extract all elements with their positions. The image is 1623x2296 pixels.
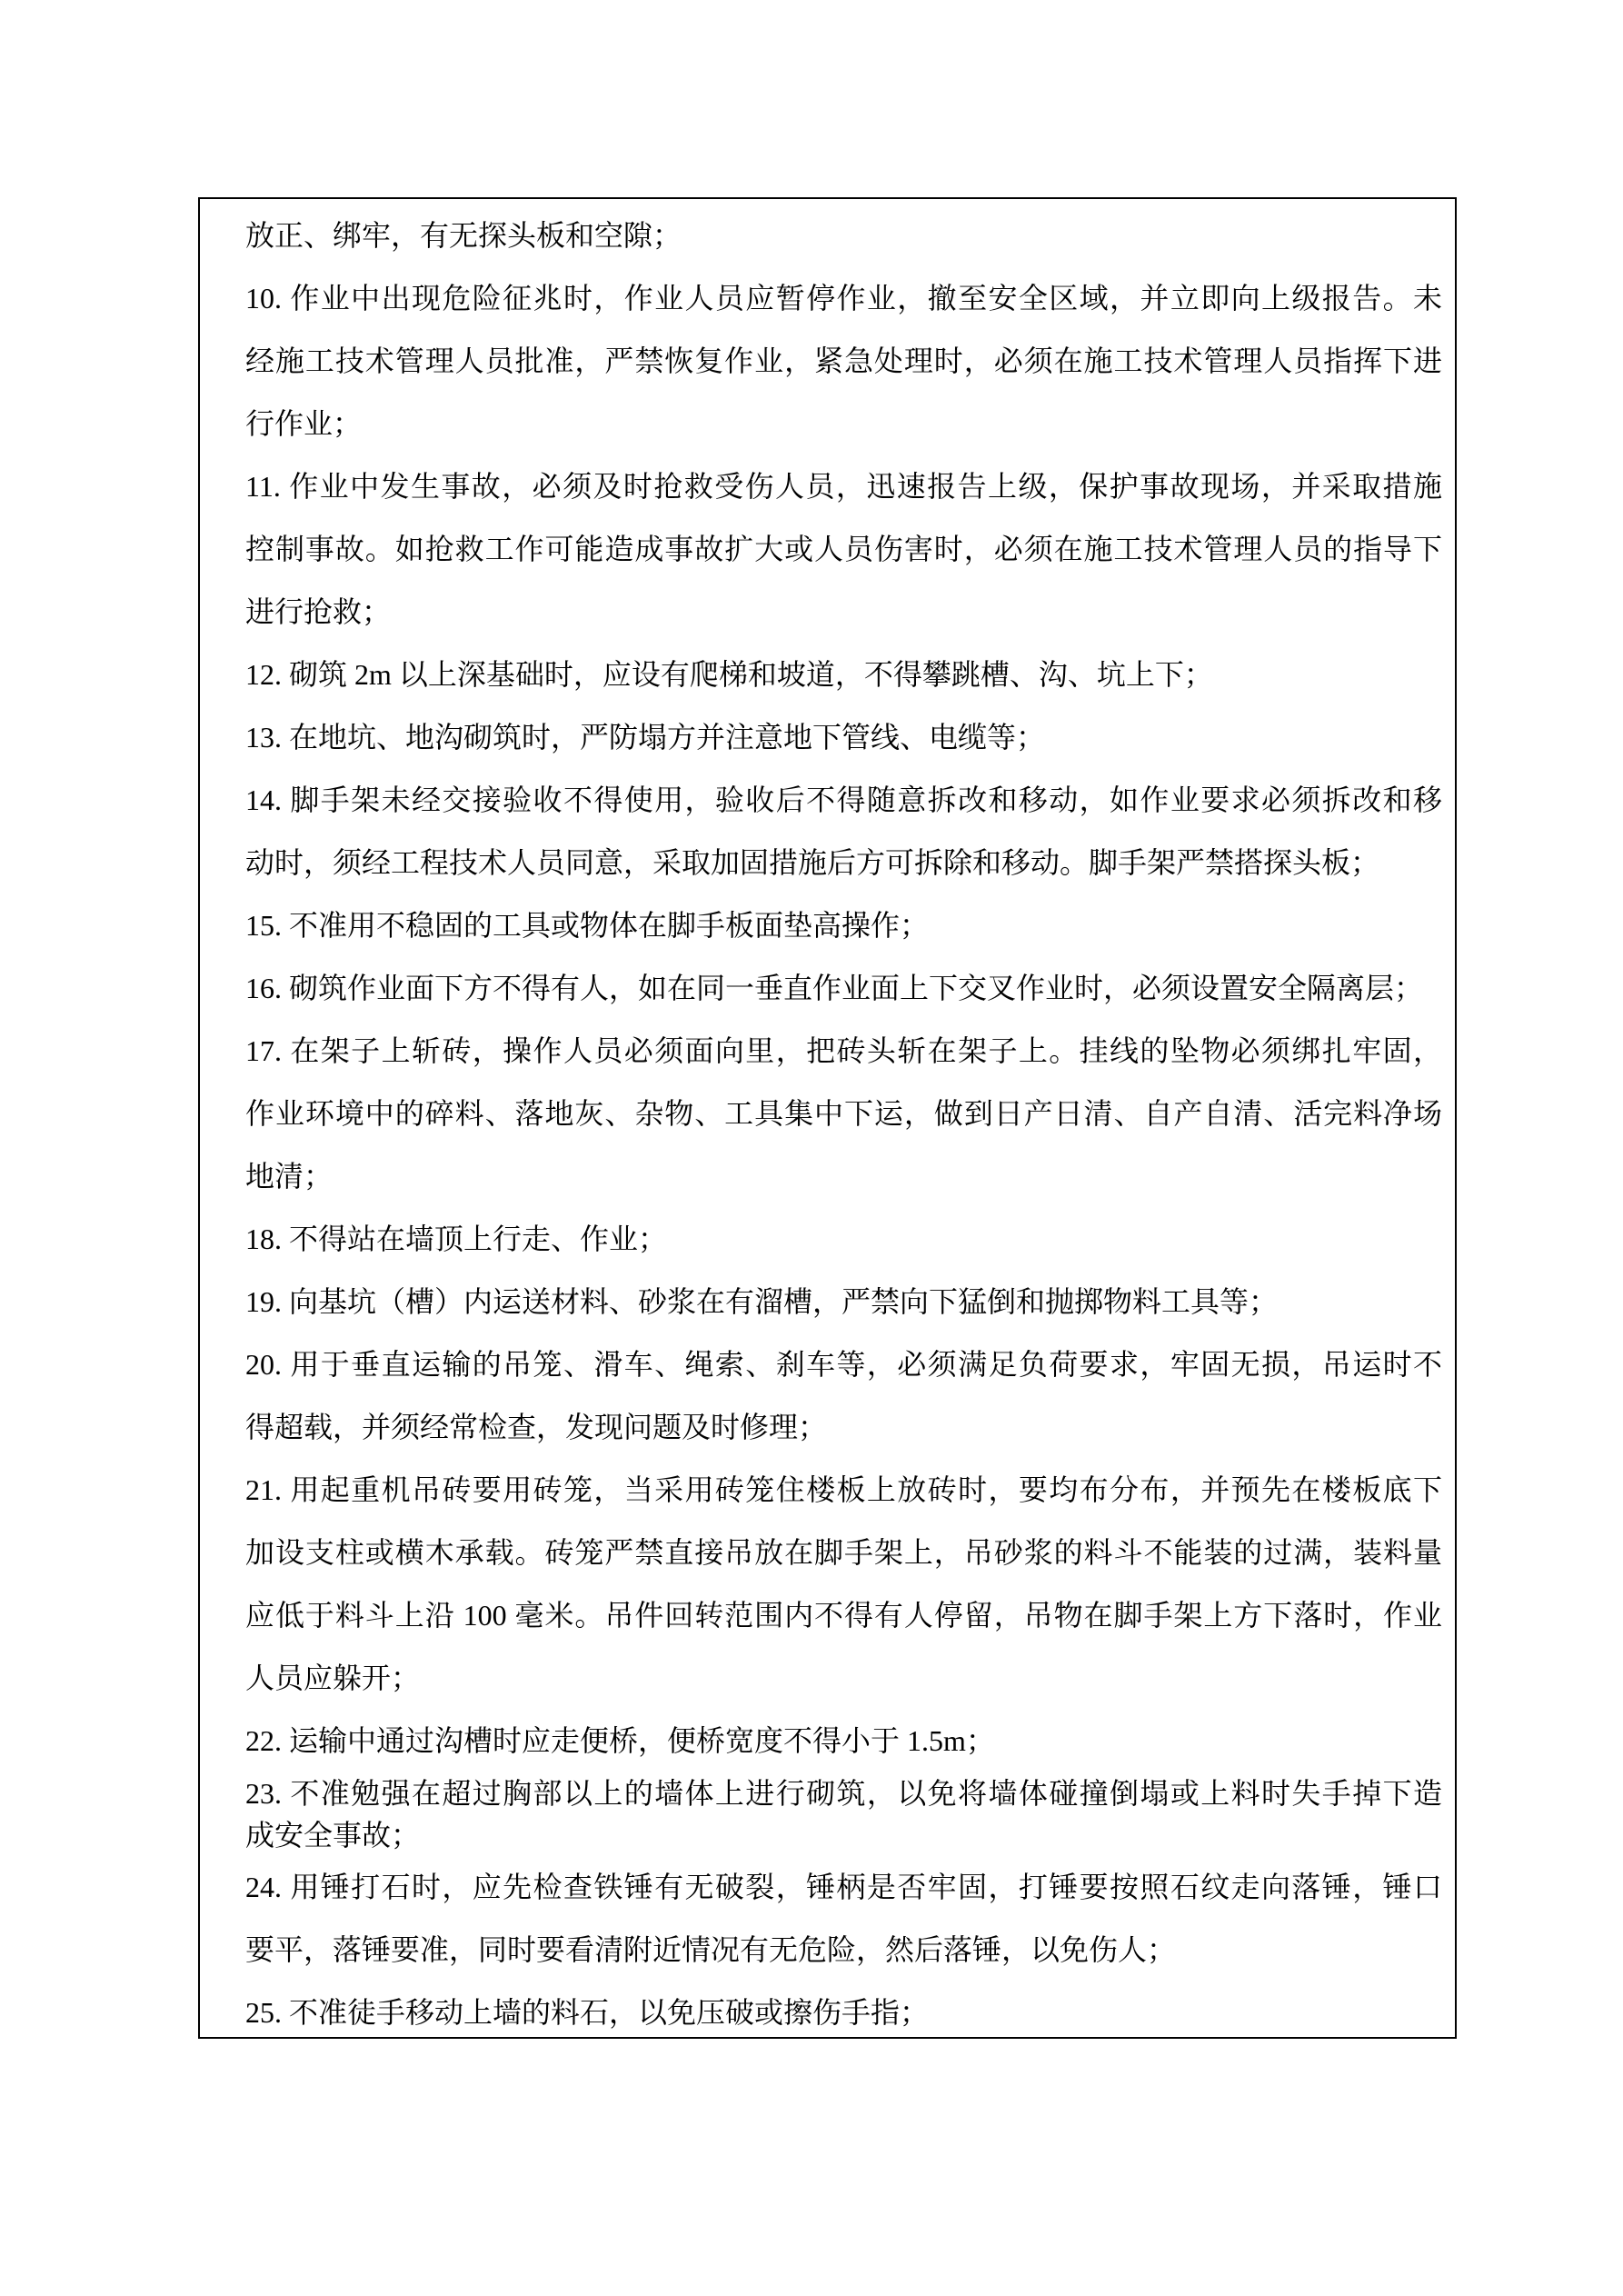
- paragraph: 20. 用于垂直运输的吊笼、滑车、绳索、刹车等，必须满足负荷要求，牢固无损，吊运…: [245, 1333, 1442, 1459]
- paragraph: 11. 作业中发生事故，必须及时抢救受伤人员，迅速报告上级，保护事故现场，并采取…: [245, 455, 1442, 644]
- document-page: 放正、绑牢，有无探头板和空隙；10. 作业中出现危险征兆时，作业人员应暂停作业，…: [0, 0, 1623, 2296]
- paragraph: 放正、绑牢，有无探头板和空隙；: [245, 205, 1442, 267]
- paragraph: 17. 在架子上斩砖，操作人员必须面向里，把砖头斩在架子上。挂线的坠物必须绑扎牢…: [245, 1020, 1442, 1208]
- paragraph: 21. 用起重机吊砖要用砖笼，当采用砖笼住楼板上放砖时，要均布分布，并预先在楼板…: [245, 1459, 1442, 1710]
- paragraph: 23. 不准勉强在超过胸部以上的墙体上进行砌筑，以免将墙体碰撞倒塌或上料时失手掉…: [245, 1772, 1442, 1856]
- paragraph: 24. 用锤打石时，应先检查铁锤有无破裂，锤柄是否牢固，打锤要按照石纹走向落锤，…: [245, 1856, 1442, 1982]
- text-line: 13. 在地坑、地沟砌筑时，严防塌方并注意地下管线、电缆等；: [245, 706, 1442, 769]
- paragraph: 25. 不准徒手移动上墙的料石，以免压破或擦伤手指；: [245, 1982, 1442, 2039]
- text-line: 人员应躲开；: [245, 1647, 1442, 1710]
- text-line: 24. 用锤打石时，应先检查铁锤有无破裂，锤柄是否牢固，打锤要按照石纹走向落锤，…: [245, 1856, 1442, 1919]
- text-line: 14. 脚手架未经交接验收不得使用，验收后不得随意拆改和移动，如作业要求必须拆改…: [245, 769, 1442, 832]
- text-line: 放正、绑牢，有无探头板和空隙；: [245, 205, 1442, 267]
- text-line: 得超载，并须经常检查，发现问题及时修理；: [245, 1396, 1442, 1459]
- text-line: 23. 不准勉强在超过胸部以上的墙体上进行砌筑，以免将墙体碰撞倒塌或上料时失手掉…: [245, 1772, 1442, 1814]
- paragraph: 10. 作业中出现危险征兆时，作业人员应暂停作业，撤至安全区域，并立即向上级报告…: [245, 267, 1442, 455]
- text-line: 控制事故。如抢救工作可能造成事故扩大或人员伤害时，必须在施工技术管理人员的指导下: [245, 518, 1442, 581]
- text-line: 进行抢救；: [245, 581, 1442, 644]
- paragraph: 12. 砌筑 2m 以上深基础时，应设有爬梯和坡道，不得攀跳槽、沟、坑上下；: [245, 644, 1442, 706]
- text-line: 作业环境中的碎料、落地灰、杂物、工具集中下运，做到日产日清、自产自清、活完料净场: [245, 1083, 1442, 1145]
- text-line: 10. 作业中出现危险征兆时，作业人员应暂停作业，撤至安全区域，并立即向上级报告…: [245, 267, 1442, 330]
- text-line: 11. 作业中发生事故，必须及时抢救受伤人员，迅速报告上级，保护事故现场，并采取…: [245, 455, 1442, 518]
- text-line: 18. 不得站在墙顶上行走、作业；: [245, 1208, 1442, 1271]
- text-line: 21. 用起重机吊砖要用砖笼，当采用砖笼住楼板上放砖时，要均布分布，并预先在楼板…: [245, 1459, 1442, 1522]
- paragraph: 15. 不准用不稳固的工具或物体在脚手板面垫高操作；: [245, 894, 1442, 957]
- text-line: 应低于料斗上沿 100 毫米。吊件回转范围内不得有人停留，吊物在脚手架上方下落时…: [245, 1584, 1442, 1647]
- text-line: 19. 向基坑（槽）内运送材料、砂浆在有溜槽，严禁向下猛倒和抛掷物料工具等；: [245, 1271, 1442, 1333]
- paragraph: 16. 砌筑作业面下方不得有人，如在同一垂直作业面上下交叉作业时，必须设置安全隔…: [245, 957, 1442, 1020]
- text-line: 16. 砌筑作业面下方不得有人，如在同一垂直作业面上下交叉作业时，必须设置安全隔…: [245, 957, 1442, 1020]
- text-line: 地清；: [245, 1145, 1442, 1208]
- safety-rules-cell: 放正、绑牢，有无探头板和空隙；10. 作业中出现危险征兆时，作业人员应暂停作业，…: [198, 197, 1457, 2039]
- text-line: 行作业；: [245, 393, 1442, 455]
- text-line: 动时，须经工程技术人员同意，采取加固措施后方可拆除和移动。脚手架严禁搭探头板；: [245, 832, 1442, 894]
- text-line: 要平，落锤要准，同时要看清附近情况有无危险，然后落锤，以免伤人；: [245, 1919, 1442, 1982]
- text-line: 成安全事故；: [245, 1814, 1442, 1856]
- paragraph: 19. 向基坑（槽）内运送材料、砂浆在有溜槽，严禁向下猛倒和抛掷物料工具等；: [245, 1271, 1442, 1333]
- text-line: 22. 运输中通过沟槽时应走便桥，便桥宽度不得小于 1.5m；: [245, 1710, 1442, 1772]
- text-line: 20. 用于垂直运输的吊笼、滑车、绳索、刹车等，必须满足负荷要求，牢固无损，吊运…: [245, 1333, 1442, 1396]
- text-line: 经施工技术管理人员批准，严禁恢复作业，紧急处理时，必须在施工技术管理人员指挥下进: [245, 330, 1442, 393]
- text-line: 15. 不准用不稳固的工具或物体在脚手板面垫高操作；: [245, 894, 1442, 957]
- paragraph: 18. 不得站在墙顶上行走、作业；: [245, 1208, 1442, 1271]
- text-line: 17. 在架子上斩砖，操作人员必须面向里，把砖头斩在架子上。挂线的坠物必须绑扎牢…: [245, 1020, 1442, 1083]
- paragraph: 13. 在地坑、地沟砌筑时，严防塌方并注意地下管线、电缆等；: [245, 706, 1442, 769]
- text-line: 12. 砌筑 2m 以上深基础时，应设有爬梯和坡道，不得攀跳槽、沟、坑上下；: [245, 644, 1442, 706]
- text-line: 加设支柱或横木承载。砖笼严禁直接吊放在脚手架上，吊砂浆的料斗不能装的过满，装料量: [245, 1522, 1442, 1584]
- paragraph: 22. 运输中通过沟槽时应走便桥，便桥宽度不得小于 1.5m；: [245, 1710, 1442, 1772]
- paragraph: 14. 脚手架未经交接验收不得使用，验收后不得随意拆改和移动，如作业要求必须拆改…: [245, 769, 1442, 894]
- text-line: 25. 不准徒手移动上墙的料石，以免压破或擦伤手指；: [245, 1982, 1442, 2039]
